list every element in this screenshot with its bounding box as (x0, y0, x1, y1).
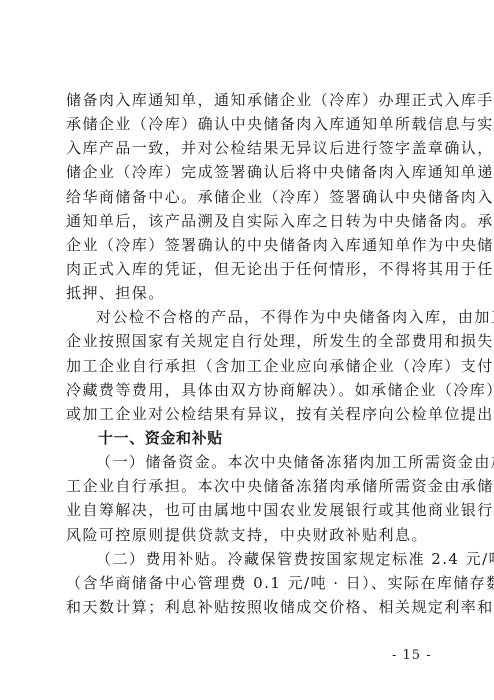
text-line: 储企业（冷库）完成签署确认后将中央储备肉入库通知单递交 (66, 160, 430, 184)
document-page: 储备肉入库通知单，通知承储企业（冷库）办理正式入库手续。 承储企业（冷库）确认中… (0, 0, 494, 700)
text-line: 入库产品一致，并对公检结果无异议后进行签字盖章确认，承 (66, 136, 430, 160)
text-line: 企业（冷库）签署确认的中央储备肉入库通知单作为中央储备 (66, 233, 430, 257)
body-text: 储备肉入库通知单，通知承储企业（冷库）办理正式入库手续。 承储企业（冷库）确认中… (66, 88, 430, 619)
text-line: 冷藏费等费用，具体由双方协商解决）。如承储企业（冷库） (66, 378, 430, 402)
text-line: 风险可控原则提供贷款支持，中央财政补贴利息。 (66, 523, 430, 547)
text-line: （含华商储备中心管理费 0.1 元/吨 · 日）、实际在库储存数量 (66, 571, 430, 595)
text-line: 抵押、担保。 (66, 281, 430, 305)
text-line: （一）储备资金。本次中央储备冻猪肉加工所需资金由加 (66, 450, 430, 474)
text-line: （二）费用补贴。冷藏保管费按国家规定标准 2.4 元/吨·日 (66, 547, 430, 571)
section-heading: 十一、资金和补贴 (66, 426, 430, 450)
text-line: 对公检不合格的产品，不得作为中央储备肉入库，由加工 (66, 305, 430, 329)
text-line: 业自筹解决，也可由属地中国农业发展银行或其他商业银行按 (66, 498, 430, 522)
text-line: 承储企业（冷库）确认中央储备肉入库通知单所载信息与实际 (66, 112, 430, 136)
text-line: 企业按照国家有关规定自行处理，所发生的全部费用和损失由 (66, 329, 430, 353)
text-line: 或加工企业对公检结果有异议，按有关程序向公检单位提出。 (66, 402, 430, 426)
text-line: 肉正式入库的凭证，但无论出于任何情形，不得将其用于任何 (66, 257, 430, 281)
text-line: 通知单后，该产品溯及自实际入库之日转为中央储备肉。承储 (66, 209, 430, 233)
text-line: 加工企业自行承担（含加工企业应向承储企业（冷库）支付的 (66, 354, 430, 378)
text-line: 储备肉入库通知单，通知承储企业（冷库）办理正式入库手续。 (66, 88, 430, 112)
text-line: 和天数计算；利息补贴按照收储成交价格、相关规定利率和实 (66, 595, 430, 619)
text-line: 给华商储备中心。承储企业（冷库）签署确认中央储备肉入库 (66, 185, 430, 209)
page-number: - 15 - (392, 648, 432, 663)
text-line: 工企业自行承担。本次中央储备冻猪肉承储所需资金由承储企 (66, 474, 430, 498)
